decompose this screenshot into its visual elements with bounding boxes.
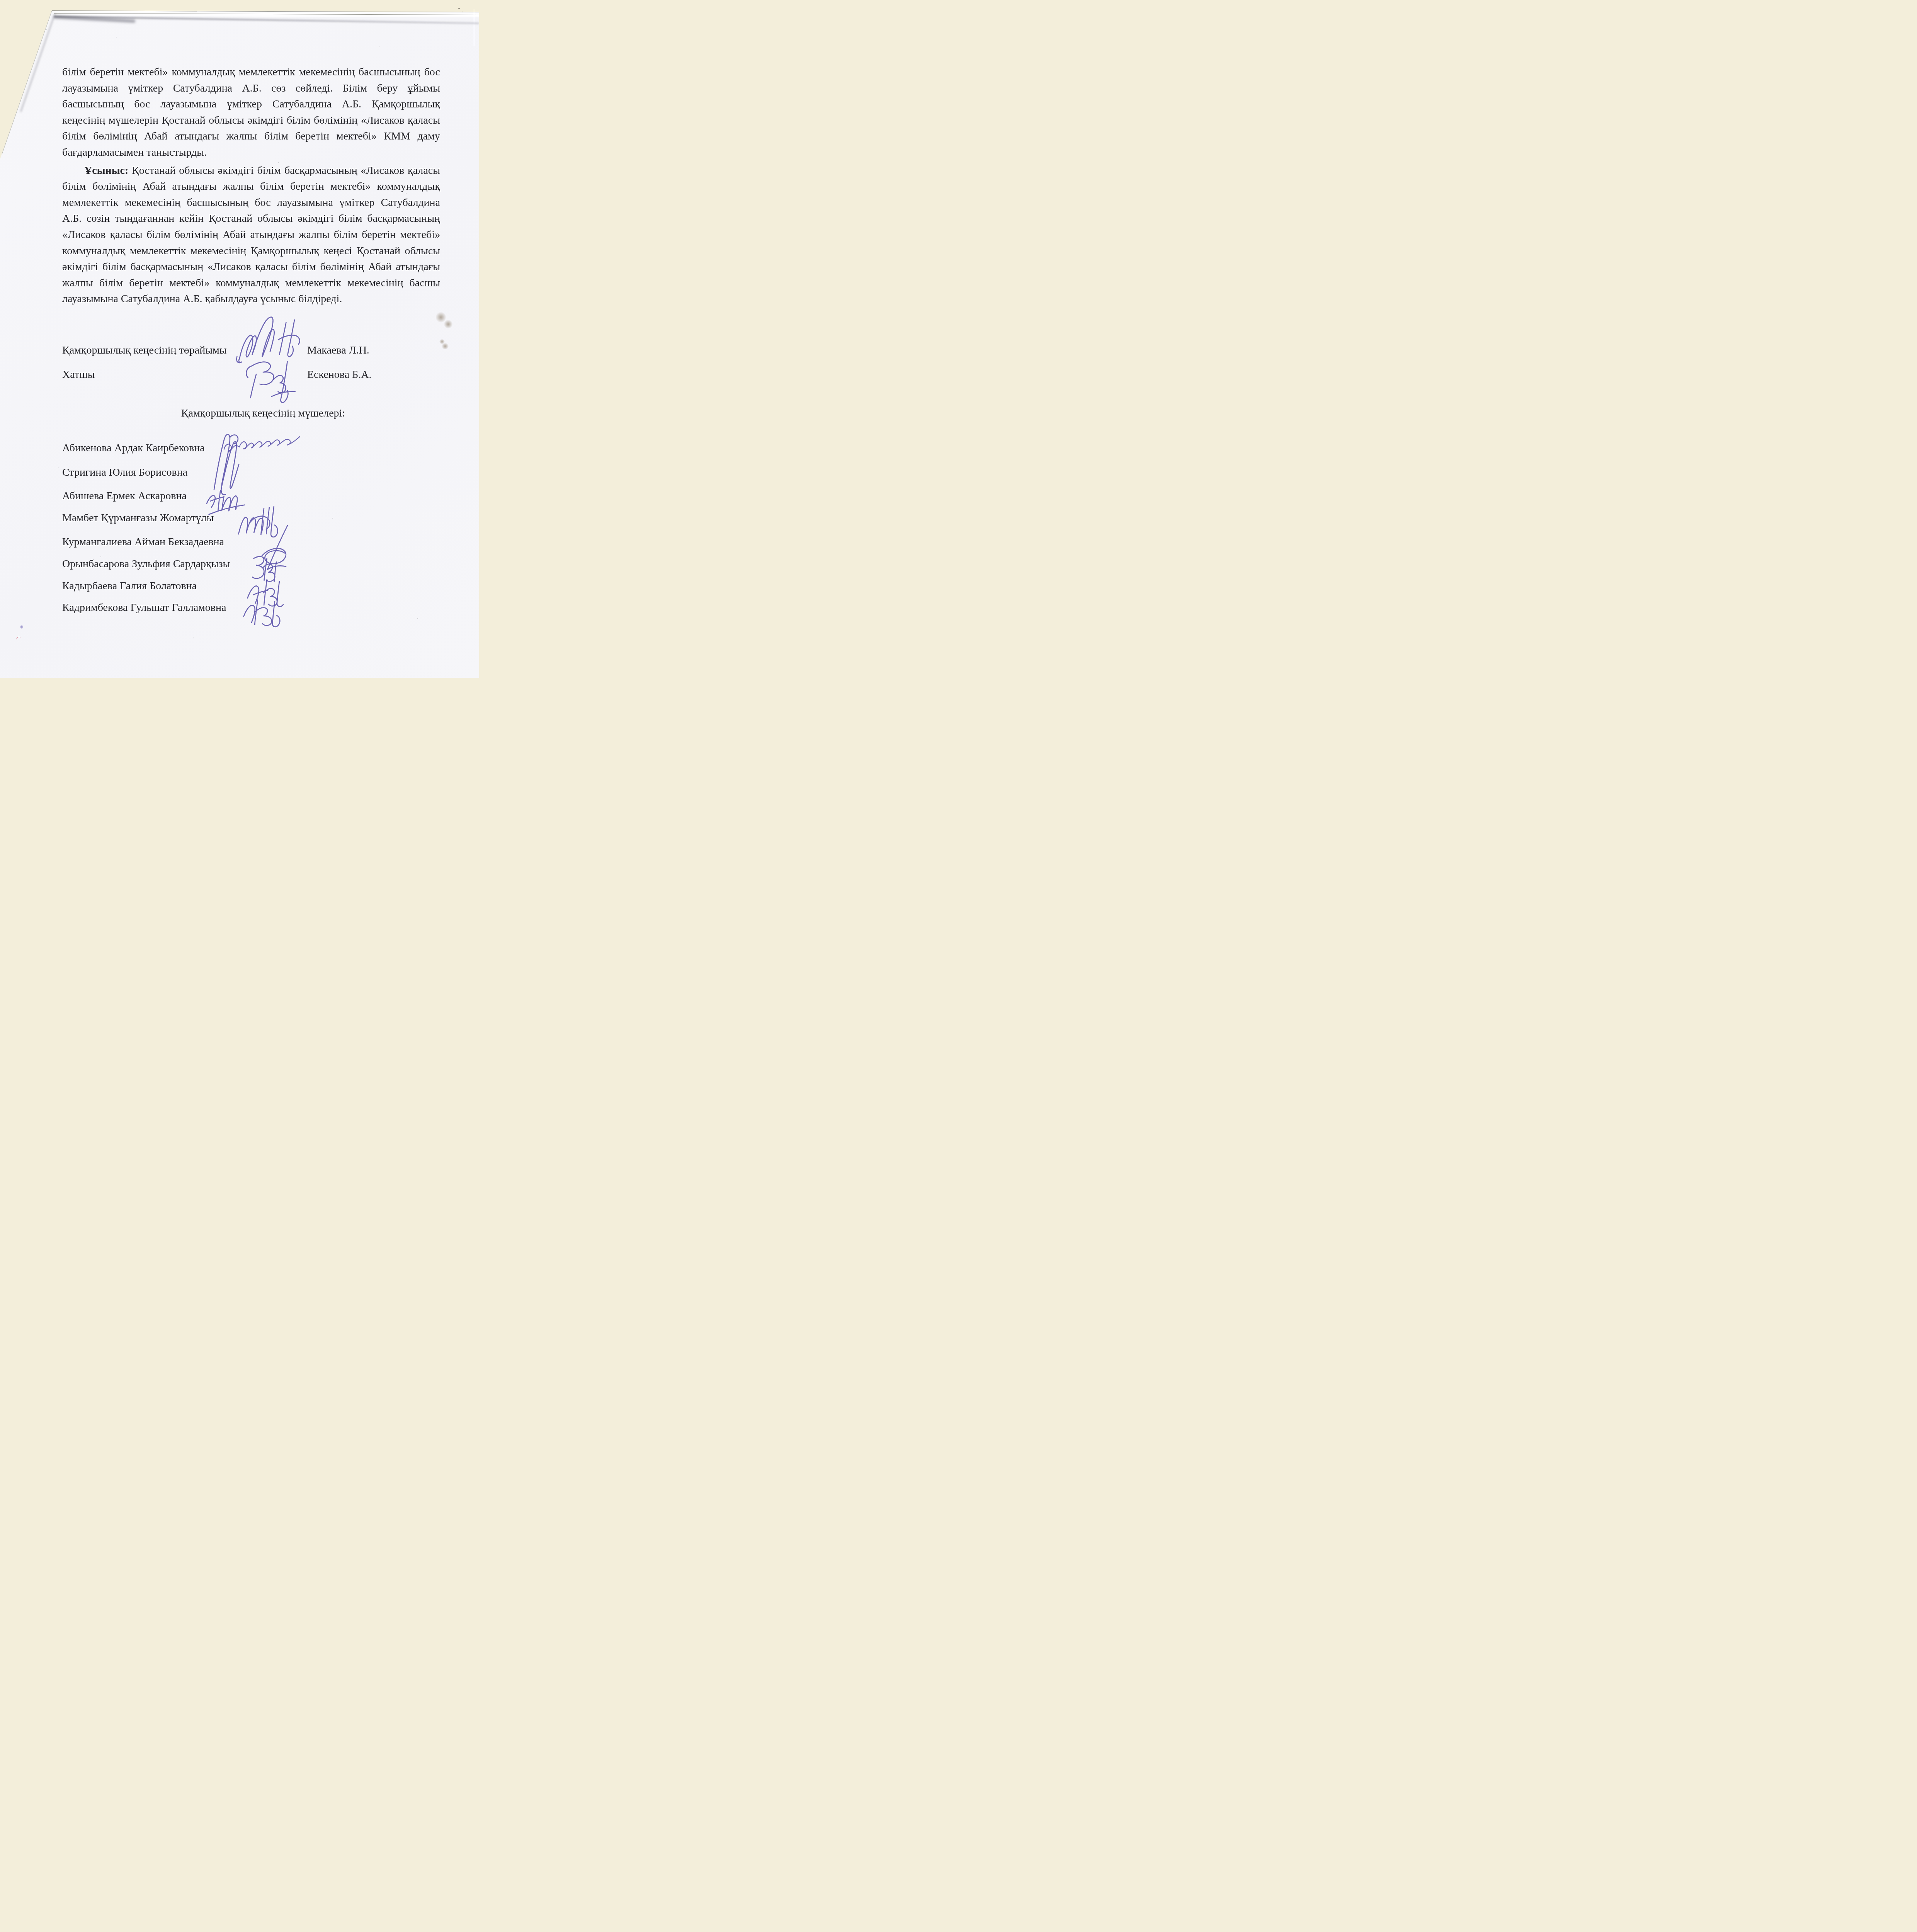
continued-paragraph: білім беретін мектебі» коммуналдық мемле… [62, 64, 440, 161]
member-name: Орынбасарова Зульфия Сардарқызы [62, 557, 230, 571]
member-name: Абишева Ермек Аскаровна [62, 489, 187, 503]
member-name: Кадырбаева Галия Болатовна [62, 579, 197, 593]
dust-speck [458, 8, 460, 9]
scanned-document: { "colors": { "scanner_bg": "#f3eeda", "… [0, 0, 479, 678]
proposal-label: Ұсыныс: [84, 165, 128, 177]
member-name: Мәмбет Құрманғазы Жомартұлы [62, 511, 214, 525]
proposal-text: Қостанай облысы әкімдігі білім басқармас… [62, 165, 440, 305]
document-body: білім беретін мектебі» коммуналдық мемле… [62, 64, 440, 307]
proposal-paragraph: Ұсыныс: Қостанай облысы әкімдігі білім б… [62, 163, 440, 307]
chairwoman-name: Макаева Л.Н. [307, 344, 369, 357]
members-heading: Қамқоршылық кеңесінің мүшелері: [62, 406, 464, 420]
member-name: Курмангалиева Айман Бекзадаевна [62, 535, 224, 549]
member-name: Стригина Юлия Борисовна [62, 466, 187, 480]
member-name: Кадримбекова Гульшат Галламовна [62, 601, 226, 615]
member-name: Абикенова Ардак Каирбековна [62, 441, 205, 455]
chairwoman-role-label: Қамқоршылық кеңесінің төрайымы [62, 344, 227, 357]
secretary-name: Ескенова Б.А. [307, 368, 371, 382]
secretary-role-label: Хатшы [62, 368, 95, 382]
